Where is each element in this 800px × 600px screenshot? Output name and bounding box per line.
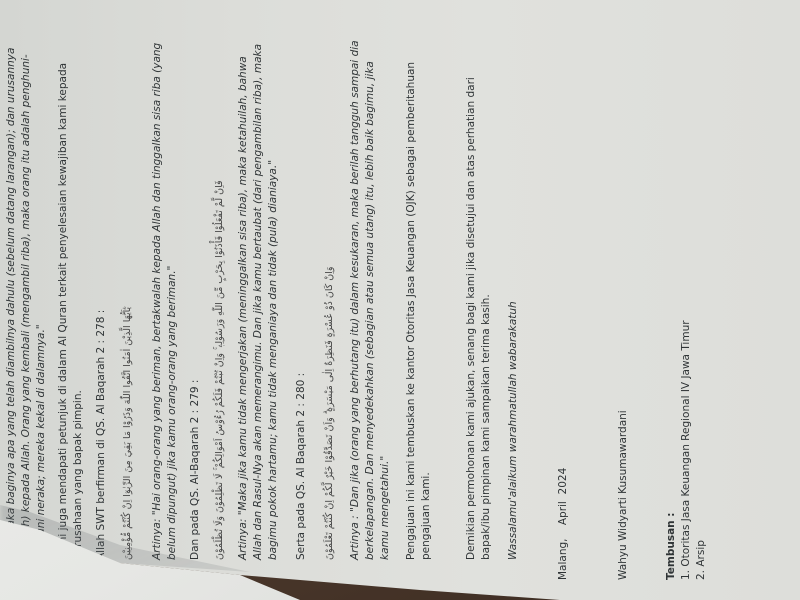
text-line: Dan pada QS. Al-Baqarah 2 : 279 : — [188, 0, 203, 560]
text-line: belum dipungut) jika kamu orang-orang ya… — [165, 0, 180, 560]
text-line: (terserah) kepada Allah. Orang yang kemb… — [19, 0, 34, 568]
letter-document: riba), maka baginya apa yang telah diamb… — [0, 0, 800, 600]
paragraph-closing: Demikian permohonan kami ajukan, senang … — [464, 0, 494, 560]
salutation: Wassalamu'alaikum warahmatullah wabaraka… — [506, 0, 521, 560]
text-line: berkelapangan. Dan menyedekahkan (sebagi… — [363, 0, 378, 560]
verse-280-arabic: وَاِنْ كَانَ ذُوْ عُسْرَةٍ فَنَظِرَةٌ اِ… — [322, 0, 337, 560]
cc-item: 1. Otoritas Jasa Keuangan Regional IV Ja… — [679, 0, 694, 580]
place-date: Malang, April 2024 — [556, 0, 571, 580]
verse-280-translation: Artinya : "Dan jika (orang yang berhutan… — [348, 0, 393, 560]
text-line: Malang, April 2024 — [556, 0, 571, 580]
text-line: bagimu pokok hartamu; kamu tidak mengani… — [266, 0, 281, 560]
signatory-name: Wahyu Widyarti Kusumawardani — [616, 0, 631, 580]
verse-279-arabic: فَاِنْ لَّمْ تَفْعَلُوْا فَأْذَنُوْا بِح… — [212, 0, 227, 560]
text-line: Wahyu Widyarti Kusumawardani — [616, 0, 631, 580]
cc-title: Tembusan : — [664, 0, 679, 580]
verse-280-intro: Serta pada QS. Al Baqarah 2 : 280 : — [294, 0, 309, 560]
verse-278-arabic: يٰٓاَيُّهَا الَّذِيْنَ اٰمَنُوا اتَّقُوا… — [120, 40, 135, 560]
paragraph-guidance: Kami juga mendapati petunjuk di dalam Al… — [56, 0, 86, 560]
text-line: Serta pada QS. Al Baqarah 2 : 280 : — [294, 0, 309, 560]
paragraph-ojk: Pengajuan ini kami tembuskan ke kantor O… — [404, 0, 434, 560]
arabic-verse: فَاِنْ لَّمْ تَفْعَلُوْا فَأْذَنُوْا بِح… — [212, 0, 227, 560]
cc-item: 2. Arsip — [694, 0, 709, 580]
text-line: Artinya: "Maka jika kamu tidak mengerjak… — [236, 0, 251, 560]
verse-279-intro: Dan pada QS. Al-Baqarah 2 : 279 : — [188, 0, 203, 560]
text-line: kamu mengetahui." — [378, 0, 393, 560]
text-line: Allah dan Rasul-Nya akan memerangimu. Da… — [251, 0, 266, 560]
text-line: Wassalamu'alaikum warahmatullah wabaraka… — [506, 0, 521, 560]
text-line: pengajuan kami. — [419, 0, 434, 560]
verse-278-intro: Allah SWT berfirman di QS. Al Baqarah 2 … — [94, 0, 109, 560]
text-line: perusahaan yang bapak pimpin. — [71, 0, 86, 560]
verse-279-translation: Artinya: "Maka jika kamu tidak mengerjak… — [236, 0, 281, 560]
text-line: Artinya: "Hai orang-orang yang beriman, … — [150, 0, 165, 560]
text-line: penghuni neraka; mereka kekal di dalamny… — [34, 0, 49, 568]
text-line: Demikian permohonan kami ajukan, senang … — [464, 0, 479, 560]
text-line: Kami juga mendapati petunjuk di dalam Al… — [56, 0, 71, 560]
verse-278-translation: Artinya: "Hai orang-orang yang beriman, … — [150, 0, 180, 560]
translation-continuation: riba), maka baginya apa yang telah diamb… — [4, 0, 49, 568]
arabic-verse: يٰٓاَيُّهَا الَّذِيْنَ اٰمَنُوا اتَّقُوا… — [120, 40, 135, 560]
text-line: Allah SWT berfirman di QS. Al Baqarah 2 … — [94, 0, 109, 560]
text-line: Artinya : "Dan jika (orang yang berhutan… — [348, 0, 363, 560]
carbon-copy: Tembusan : 1. Otoritas Jasa Keuangan Reg… — [664, 0, 709, 580]
text-line: riba), maka baginya apa yang telah diamb… — [4, 0, 19, 568]
text-line: bapak/ibu pimpinan kami sampaikan terima… — [479, 0, 494, 560]
photo-scene: riba), maka baginya apa yang telah diamb… — [0, 0, 800, 600]
text-line: Pengajuan ini kami tembuskan ke kantor O… — [404, 0, 419, 560]
arabic-verse: وَاِنْ كَانَ ذُوْ عُسْرَةٍ فَنَظِرَةٌ اِ… — [322, 0, 337, 560]
